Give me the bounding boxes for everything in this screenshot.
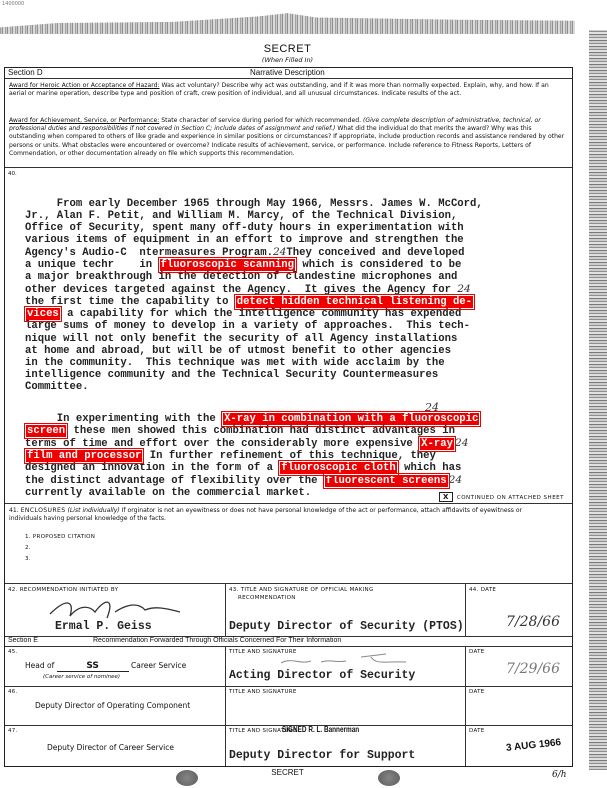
career-service-note: (Career service of nominee) bbox=[43, 674, 120, 680]
section-e-row-46: 46. Deputy Director of Operating Compone… bbox=[5, 687, 572, 726]
redaction-fluorescent-screens: fluorescent screens bbox=[324, 474, 449, 488]
redaction-xray: X-ray bbox=[419, 437, 455, 451]
row-46-sig-label: TITLE AND SIGNATURE bbox=[229, 689, 297, 695]
enclosures-number: 41. bbox=[9, 507, 19, 514]
row-46-title-cell: TITLE AND SIGNATURE bbox=[226, 687, 466, 725]
classification-top: SECRET bbox=[0, 43, 575, 55]
p1-line: intelligence community and the Technical… bbox=[25, 369, 438, 381]
enclosures-heading: ENCLOSURES bbox=[21, 507, 66, 514]
section-d-instructions: Award for Heroic Action or Acceptance of… bbox=[5, 79, 572, 168]
p2-line: which has bbox=[398, 462, 462, 474]
official-cell: 43. TITLE AND SIGNATURE OF OFFICIAL MAKI… bbox=[226, 584, 466, 636]
date-label: 44. DATE bbox=[469, 587, 496, 593]
scan-edge-right bbox=[589, 30, 607, 770]
continued-on-attached-sheet: XCONTINUED ON ATTACHED SHEET bbox=[439, 492, 564, 502]
p1-line: a major breakthrough in the detection of… bbox=[25, 271, 457, 283]
row-47-title: Deputy Director for Support bbox=[229, 749, 415, 762]
narrative-paragraph-1: From early December 1965 through May 196… bbox=[25, 198, 565, 393]
row-45-title-cell: TITLE AND SIGNATURE Acting Director of S… bbox=[226, 647, 466, 686]
row-45-date-label: DATE bbox=[469, 649, 485, 655]
enclosure-item-2: 2. bbox=[25, 545, 31, 551]
section-e-header: Section E Recommendation Forwarded Throu… bbox=[5, 637, 572, 647]
recommendation-row: 42. RECOMMENDATION INITIATED BY Ermal P.… bbox=[5, 584, 572, 637]
award-form: Section D Narrative Description Award fo… bbox=[4, 67, 573, 767]
row-46-date-label: DATE bbox=[469, 689, 485, 695]
continued-label: CONTINUED ON ATTACHED SHEET bbox=[457, 495, 564, 501]
row-45-left: 45. Head of SS Career Service (Career se… bbox=[5, 647, 226, 686]
p1-line: at home and abroad, but will be of utmos… bbox=[25, 345, 451, 357]
row-47-left-text: Deputy Director of Career Service bbox=[47, 743, 174, 752]
enclosures-instructions: 41. ENCLOSURES (List individually) If or… bbox=[9, 507, 532, 523]
p2-line: designed an innovation in the form of a bbox=[25, 462, 279, 474]
narrative-block: 40. From early December 1965 through May… bbox=[5, 168, 572, 504]
initiated-by-name: Ermal P. Geiss bbox=[55, 620, 152, 633]
handwritten-24: 24 bbox=[457, 283, 470, 295]
row-47-number: 47. bbox=[8, 728, 18, 734]
row-47-date-stamp: 3 AUG 1966 bbox=[506, 737, 562, 754]
redaction-devices: vices bbox=[25, 307, 61, 321]
redaction-fluoroscopic-scanning: fluoroscopic scanning bbox=[159, 258, 297, 272]
official-title: Deputy Director of Security (PTOS) bbox=[229, 620, 464, 633]
career-service-value: SS bbox=[57, 661, 129, 672]
row-45-number: 45. bbox=[8, 649, 18, 655]
initiated-by-cell: 42. RECOMMENDATION INITIATED BY Ermal P.… bbox=[5, 584, 226, 636]
row-46-date-cell: DATE bbox=[466, 687, 572, 725]
row-47-title-cell: TITLE AND SIGNATURE SIGNED R. L. Bannerm… bbox=[226, 726, 466, 766]
row-45-date: 7/29/66 bbox=[506, 661, 560, 677]
date-value: 7/28/66 bbox=[506, 614, 560, 630]
official-label-2: RECOMMENDATION bbox=[238, 595, 296, 601]
handwritten-24: 24 bbox=[449, 474, 462, 486]
p1-line: a unique techr in bbox=[25, 259, 159, 271]
head-of-label: Head of bbox=[25, 661, 54, 670]
enclosure-item-3: 3. bbox=[25, 556, 31, 562]
initiated-by-label: 42. RECOMMENDATION INITIATED BY bbox=[8, 587, 118, 593]
redaction-xray-fluoroscopic: X-ray in combination with a fluoroscopic bbox=[222, 412, 480, 426]
signed-stamp: SIGNED R. L. Bannerman bbox=[282, 725, 359, 734]
scan-noise-top bbox=[0, 12, 575, 34]
row-45-title: Acting Director of Security bbox=[229, 669, 415, 682]
page-mark: 6/h bbox=[552, 770, 567, 780]
heroic-heading: Award for Heroic Action or Acceptance of… bbox=[9, 82, 160, 89]
classification-note: (When Filled In) bbox=[0, 56, 575, 64]
p1-line: large sums of money to develop in a vari… bbox=[25, 320, 470, 332]
p1-line: Jr., Alan F. Petit, and William M. Marcy… bbox=[25, 210, 457, 222]
p1-line: which is considered to be bbox=[296, 259, 461, 271]
official-label-1: 43. TITLE AND SIGNATURE OF OFFICIAL MAKI… bbox=[229, 587, 374, 593]
item-40-number: 40. bbox=[8, 171, 17, 177]
row-46-left-text: Deputy Director of Operating Component bbox=[35, 701, 190, 710]
row-46-number: 46. bbox=[8, 689, 18, 695]
career-service-line: Head of SS Career Service bbox=[25, 661, 186, 672]
classification-bottom: SECRET bbox=[0, 768, 575, 777]
p1-line: From early December 1965 through May 196… bbox=[25, 198, 483, 210]
section-e-title: Recommendation Forwarded Through Officia… bbox=[93, 637, 341, 644]
enclosures-block: 41. ENCLOSURES (List individually) If or… bbox=[5, 504, 572, 584]
enclosure-item-1: 1. PROPOSED CITATION bbox=[25, 534, 95, 540]
section-d-title: Narrative Description bbox=[250, 68, 325, 77]
p1-line: in the community. This technique was met… bbox=[25, 357, 445, 369]
p1-line: Committee. bbox=[25, 381, 89, 393]
row-47-left: 47. Deputy Director of Career Service bbox=[5, 726, 226, 766]
p2-line: these men showed this combination had di… bbox=[67, 425, 455, 437]
achievement-heading: Award for Achievement, Service, or Perfo… bbox=[9, 117, 159, 124]
section-e-label: Section E bbox=[8, 637, 38, 644]
p1-line: various items of equipment in an effort … bbox=[25, 234, 464, 246]
handwritten-24: 24 bbox=[455, 437, 468, 449]
section-d-header: Section D Narrative Description bbox=[5, 68, 572, 79]
p1-line: a capability for which the intelligence … bbox=[61, 308, 462, 320]
p1-line: nique will not only benefit the security… bbox=[25, 333, 457, 345]
section-d-label: Section D bbox=[8, 68, 43, 77]
section-e-row-45: 45. Head of SS Career Service (Career se… bbox=[5, 647, 572, 687]
heroic-instructions: Award for Heroic Action or Acceptance of… bbox=[9, 82, 566, 98]
p1-line: They conceived and developed bbox=[286, 247, 464, 259]
row-47-date-cell: DATE 3 AUG 1966 bbox=[466, 726, 572, 766]
achievement-instructions: Award for Achievement, Service, or Perfo… bbox=[9, 117, 566, 158]
p1-line: Office of Security, spent many off-duty … bbox=[25, 222, 464, 234]
p2-line: the distinct advantage of flexibility ov… bbox=[25, 475, 324, 487]
continued-checkbox[interactable]: X bbox=[439, 492, 453, 502]
p2-line: currently available on the commercial ma… bbox=[25, 487, 311, 499]
date-cell: 44. DATE 7/28/66 bbox=[466, 584, 572, 636]
achievement-text-1: State character of service during period… bbox=[159, 117, 363, 124]
redaction-screen: screen bbox=[25, 424, 67, 438]
career-service-label: Career Service bbox=[131, 661, 186, 670]
row-45-date-cell: DATE 7/29/66 bbox=[466, 647, 572, 686]
handwritten-24: 24 bbox=[273, 246, 286, 258]
row-46-left: 46. Deputy Director of Operating Compone… bbox=[5, 687, 226, 725]
section-e-row-47: 47. Deputy Director of Career Service TI… bbox=[5, 726, 572, 766]
enclosures-heading-italic: (List individually) bbox=[68, 507, 120, 514]
signature-acting-director bbox=[276, 651, 426, 667]
row-47-date-label: DATE bbox=[469, 728, 485, 734]
narrative-paragraph-2: In experimenting with the X-ray in combi… bbox=[25, 413, 565, 499]
scan-code: 1400000 bbox=[2, 1, 24, 7]
